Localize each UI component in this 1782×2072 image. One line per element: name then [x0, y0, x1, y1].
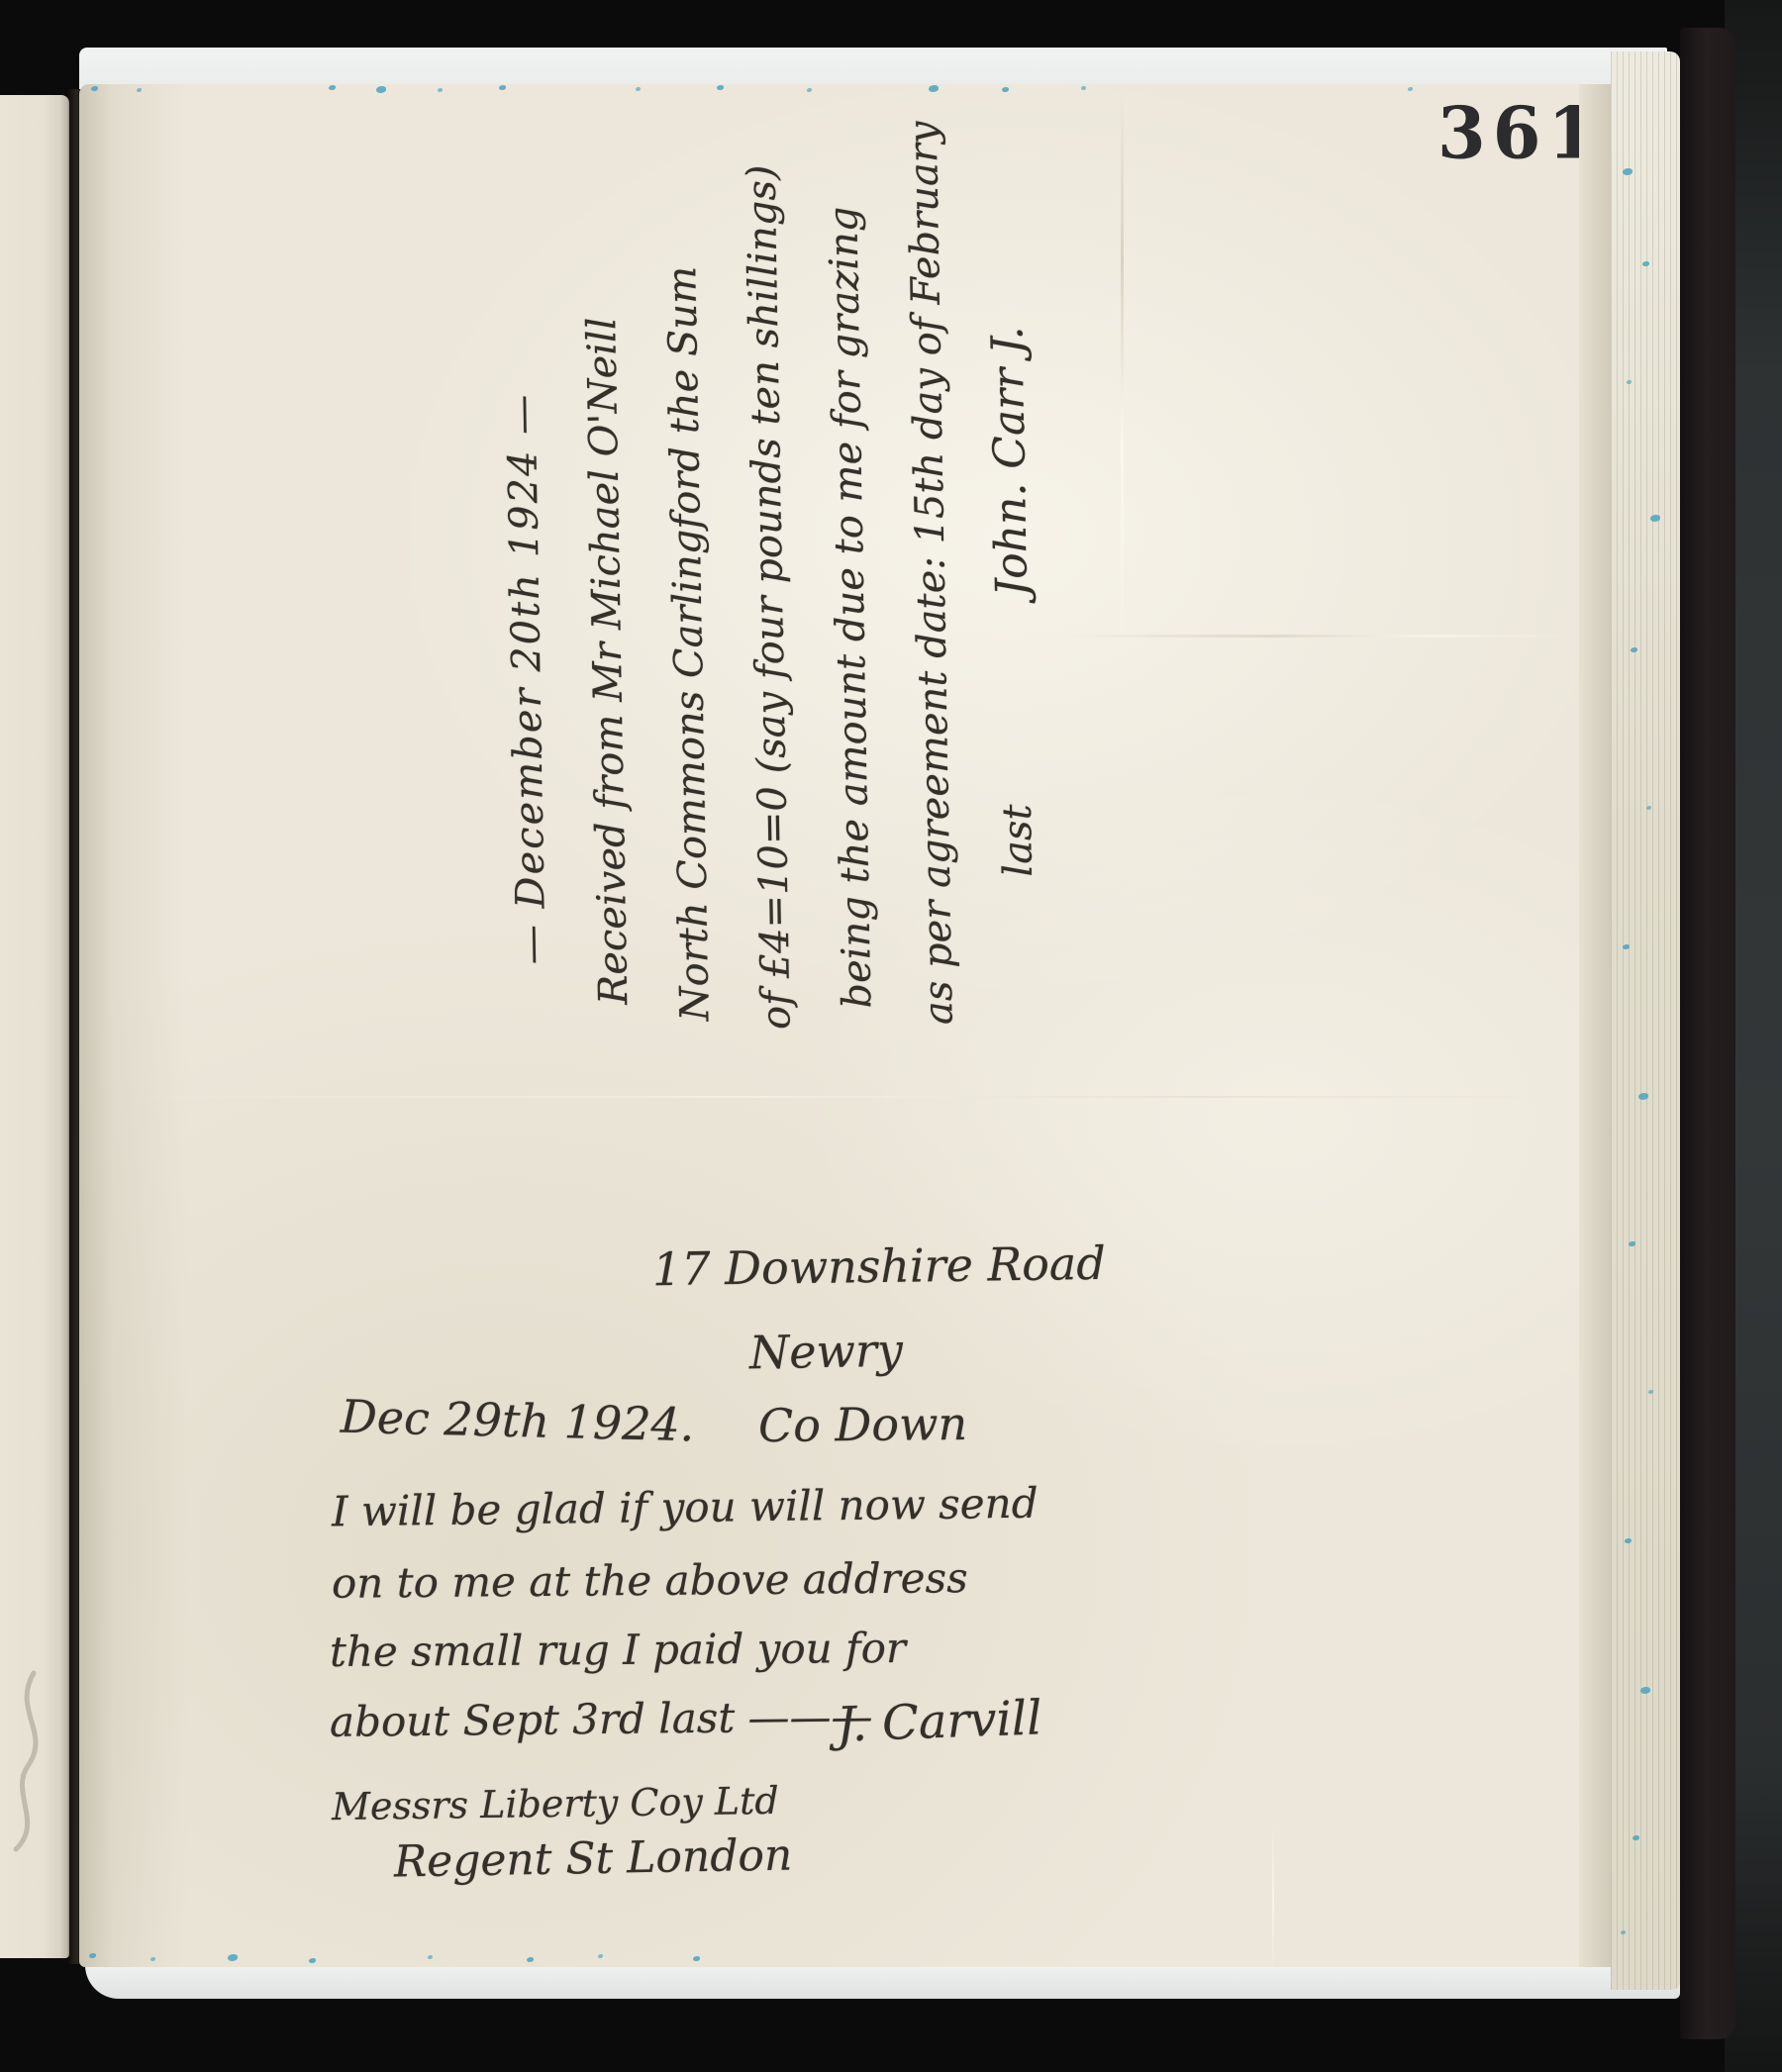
letter-address-line: Newry	[749, 1324, 904, 1380]
edge-speckle	[89, 1953, 96, 1958]
letter-body-line: the small rug I paid you for	[330, 1624, 906, 1676]
receipt-line: being the amount due to me for grazing	[802, 156, 898, 1009]
book-fore-edge	[1611, 51, 1680, 1990]
page-stack-bottom-edge	[85, 1965, 1680, 1999]
paper-crease	[1064, 635, 1579, 638]
edge-speckle	[527, 1957, 534, 1962]
edge-speckle	[1633, 1835, 1639, 1840]
edge-speckle	[228, 1954, 238, 1961]
edge-speckle	[1642, 261, 1649, 266]
paper-crease	[1121, 92, 1124, 656]
receipt-signature: John. Carr J.	[982, 326, 1038, 597]
edge-speckle	[1629, 1241, 1635, 1246]
edge-speckle	[499, 85, 506, 90]
receipt-line: North Commons Carlingford the Sum	[640, 159, 736, 1022]
edge-speckle	[636, 87, 641, 91]
receipt-line: of £4=10=0 (say four pounds ten shilling…	[721, 157, 817, 1030]
edge-speckle	[137, 88, 142, 92]
pasted-receipt-note: — December 20th 1924 — Received from Mr …	[477, 153, 1066, 1035]
edge-speckle	[598, 1954, 603, 1958]
letter-body-line: about Sept 3rd last ———	[330, 1692, 873, 1746]
edge-speckle	[1648, 1390, 1653, 1394]
letter-date: Dec 29th 1924.	[340, 1390, 695, 1452]
edge-speckle	[150, 1957, 155, 1961]
edge-speckle	[1623, 168, 1633, 175]
edge-speckle	[1627, 380, 1632, 384]
edge-speckle	[428, 1955, 433, 1959]
receipt-closing-word: last	[995, 804, 1041, 877]
edge-speckle	[1408, 87, 1413, 91]
show-through-pen-mark	[0, 1667, 59, 1855]
letter-recipient-line: Messrs Liberty Coy Ltd	[332, 1779, 779, 1828]
book-scan: 361 — December 20th 1924 — Received from…	[0, 0, 1782, 2072]
edge-speckle	[1081, 86, 1086, 90]
letter-body-line: I will be glad if you will now send	[332, 1479, 1039, 1536]
edge-speckle	[1640, 1687, 1650, 1694]
edge-speckle	[329, 85, 336, 90]
receipt-line: as per agreement date: 15th day of Febru…	[883, 155, 979, 1026]
edge-speckle	[1623, 944, 1630, 949]
letter-signature: J. Carvill	[836, 1690, 1042, 1752]
edge-speckle	[91, 86, 98, 91]
edge-speckle	[1650, 515, 1660, 522]
letter-recipient-line: Regent St London	[394, 1829, 793, 1887]
edge-speckle	[1646, 806, 1651, 810]
edge-speckle	[309, 1958, 316, 1963]
facing-page-sliver	[0, 95, 69, 1958]
edge-speckle	[376, 86, 386, 93]
page-edge-bevel	[1579, 84, 1611, 1967]
edge-speckle	[929, 85, 939, 92]
receipt-line: Received from Mr Michael O'Neill	[558, 160, 654, 1005]
edge-speckle	[1002, 87, 1009, 92]
letter-address-line: Co Down	[758, 1397, 968, 1452]
ledger-page: 361 — December 20th 1924 — Received from…	[79, 84, 1579, 1967]
page-stack-top-edge	[79, 48, 1667, 89]
edge-speckle	[1631, 647, 1637, 652]
edge-speckle	[438, 88, 443, 92]
edge-speckle	[1621, 1930, 1626, 1934]
letter-address-line: 17 Downshire Road	[652, 1236, 1106, 1296]
edge-speckle	[693, 1956, 700, 1961]
edge-speckle	[1638, 1093, 1648, 1100]
receipt-signature-line: lastJohn. Carr J.	[964, 153, 1058, 877]
letter-body-line: on to me at the above address	[332, 1553, 968, 1608]
paper-crease	[1272, 1825, 1274, 1973]
edge-speckle	[1625, 1538, 1632, 1543]
edge-speckle	[807, 88, 812, 92]
receipt-date-line: — December 20th 1924 —	[477, 162, 572, 965]
book-back-cover	[1680, 28, 1735, 2039]
paper-crease	[99, 1096, 1564, 1098]
edge-speckle	[717, 85, 724, 90]
